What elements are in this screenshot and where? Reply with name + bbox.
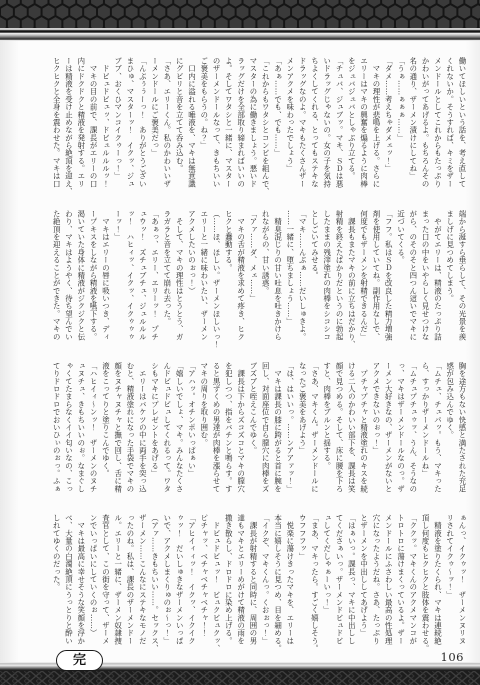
text-column: したままの残滓塗れの肉棒をシコシコ bbox=[320, 210, 332, 349]
text-column: ーメンドールにご褒美だっ」 bbox=[148, 57, 160, 196]
text-column: 「嬉しいでしょ、マキ。みんなたくさ bbox=[173, 362, 185, 501]
text-column: 胸を途方もない快感と満たされた充足 bbox=[456, 362, 468, 501]
text-column: わり、マキはようやく、待ち望んでい bbox=[62, 210, 74, 349]
text-column: かわいがってあげるよ。もちろんその bbox=[419, 57, 431, 196]
text-column: ンでいっぱいにしていくのぉ……） bbox=[87, 514, 99, 653]
text-column: 達もマキとエリーめがけて精液の雨を bbox=[234, 514, 246, 653]
text-column: っ、マキはザーメンドールなのっ。ザ bbox=[394, 362, 406, 501]
text-column: マキの周りを取り囲む。 bbox=[197, 362, 209, 501]
text-column: しれてゆくのだった。 bbox=[50, 514, 62, 653]
text-column: マキの目の前で、課長がエリーの口 bbox=[87, 57, 99, 196]
text-column: 「はぁいっ。課長っ、マキに中出しし bbox=[345, 514, 357, 653]
text-column: ……一緒に、堕ちましょう……」 bbox=[284, 210, 296, 349]
text-column: 頂し何度もヒクヒクと肢体を震わせる。 bbox=[419, 514, 431, 653]
text-column: ブズブと咥えこんでゆく。 bbox=[247, 362, 259, 501]
text-column: ける二人のかわいい部下を、課長は笑 bbox=[345, 362, 357, 501]
text-column: 液をこってりと塗りこんでゆく。 bbox=[99, 362, 111, 501]
text-column: 顔をヌチャヌチャと撫で回し、舌に精 bbox=[111, 362, 123, 501]
text-column: 「アハッ。オチンポいっぱぁい」 bbox=[185, 362, 197, 501]
text-column: くれないか。そうすれば、キミをザー bbox=[443, 57, 455, 196]
text-column: た絶頂を迎えることができた。マキの bbox=[50, 210, 62, 349]
text-column: ーメン大好きなの、ザーメンがないと bbox=[382, 362, 394, 501]
text-column: （……ほ、ほしい。ザーメンほしいっ！ bbox=[210, 210, 222, 349]
text-column: のザーメンドールなって、きもちいい bbox=[210, 57, 222, 196]
text-column: 「マキ……んぶぁ……だいしゅきよ。 bbox=[296, 210, 308, 349]
text-column: 渇いていた身体に精液がジクジクと伝 bbox=[75, 210, 87, 349]
text-column: ちよくしてくれる、とってもステキな bbox=[308, 57, 320, 196]
text-column: ドラッグなのよ。マキもたくさんザー bbox=[296, 57, 308, 196]
text-column: 「アヒイィィッ！ イクッ、イクイク bbox=[185, 514, 197, 653]
text-column: メンドールとしてこれからもたっぷり bbox=[431, 57, 443, 196]
text-column: をジュバジュバとしゃぶり立てる。 bbox=[345, 57, 357, 196]
text-column: 内にドクドクと精液を発射する。エリ bbox=[75, 57, 87, 196]
text-column: ヒクと蠢動する。 bbox=[222, 210, 234, 349]
text-column: 端から涎すら垂らして、その光景を羨 bbox=[456, 210, 468, 349]
text-column: いで、アクメしまくりゅのぉ〜っ！」 bbox=[161, 514, 173, 653]
text-column: よ。そしてワタシと一緒に、マスター bbox=[222, 57, 234, 196]
text-column: ープキスをしながら精液を嚥下する。 bbox=[87, 210, 99, 349]
text-column: 近づいてくる。 bbox=[394, 210, 406, 349]
text-column: ドビュドビュッ、ドビュルルルッ！ bbox=[99, 57, 111, 196]
text-column: ったのね。私は、課長のザーメンドー bbox=[124, 514, 136, 653]
text-column: てくださぁいっ。ザーメンドビュドビ bbox=[333, 514, 345, 653]
text-column: 感が包み込んでゆく。 bbox=[443, 362, 455, 501]
text-column: エリーはマキの興奮を煽るように肉棒 bbox=[357, 57, 369, 196]
lattice-pattern-band bbox=[0, 671, 480, 685]
end-mark-badge: 完 bbox=[56, 650, 103, 671]
text-column: アクメしたいのぉっ！） bbox=[185, 210, 197, 349]
text-column: 名の通り、ザーメン漬けにしてね」 bbox=[407, 57, 419, 196]
text-column: ブブ、おくひマンコイクゥーっ！」 bbox=[111, 57, 123, 196]
text-column: ぁんっ、イクゥッ！ ザーメンヌリヌ bbox=[456, 514, 468, 653]
text-column: 査官として、この街を守って、ザーメ bbox=[99, 514, 111, 653]
text-column: 「ククッ。マキくんのアクメマンコが bbox=[407, 514, 419, 653]
text-column: 「イクぞ、マキくんっ。くおぉっ！」 bbox=[259, 514, 271, 653]
text-column: んドビュドビュしてくれるって。ワタ bbox=[161, 362, 173, 501]
text-column: 「ダメ……考えちゃダメェッ！」 bbox=[382, 57, 394, 196]
text-column: なったご褒美をあげよう」 bbox=[296, 362, 308, 501]
text-column: ーッ！」 bbox=[111, 210, 123, 349]
text-column: ッ！ ハヒィッ、イクッ、イクゥゥゥ bbox=[124, 210, 136, 349]
text-column: 課長もまたマキの前に立ちはだかり、 bbox=[345, 210, 357, 349]
text-column: ゃくてたまらなくイイ匂いなの、こっ bbox=[62, 362, 74, 501]
text-column: 「さあ、エリーくん。私のかわいいザ bbox=[161, 57, 173, 196]
text-block-1: 働いてほしいという話を、考え直してくれないか。そうすれば、キミをザーメンドールと… bbox=[50, 57, 468, 196]
text-column: 「うぁ……ぁぁぁ……」 bbox=[394, 57, 406, 196]
text-column: 「これからもワタシとコンビを組んで、 bbox=[259, 57, 271, 196]
text-column: にグビリと音を立てて呑み込む。 bbox=[173, 57, 185, 196]
text-column: マスターの為に働きましょう。悪いド bbox=[247, 57, 259, 196]
text-column: 撒き散らし、ドロドロに染め上げる。 bbox=[222, 514, 234, 653]
end-mark-label: 完 bbox=[73, 654, 86, 667]
text-column: 「んぶぅぅーっ！ ありがとうござい bbox=[136, 57, 148, 196]
text-column: トロトロに蕩けまくっているよ。ザー bbox=[394, 514, 406, 653]
text-column: 課長が射精すると同時に、周囲の男 bbox=[247, 514, 259, 653]
text-column: ご褒美をもらうの。ね？」 bbox=[197, 57, 209, 196]
text-column: 口内に溢れる唾液を、マキは無意識 bbox=[185, 57, 197, 196]
text-column: 顔で見つめる。そして、床に腰を下ろ bbox=[333, 362, 345, 501]
text-column: すと、肉棒をブルンと揺する。 bbox=[320, 362, 332, 501]
text-column: 何度でもザーメンを射精できるんだ」 bbox=[357, 210, 369, 349]
text-column: メンアクメを味わったでしょう」 bbox=[284, 57, 296, 196]
text-column: ドビュドビュッ！ ビュクビュクッ、 bbox=[210, 514, 222, 653]
text-column: 精臭混じりの甘い吐息を吐きかけら bbox=[271, 210, 283, 349]
text-column: 働いてほしいという話を、考え直して bbox=[456, 57, 468, 196]
novel-page-scan: 働いてほしいという話を、考え直してくれないか。そうすれば、キミをザーメンドールと… bbox=[0, 0, 480, 685]
text-column: 悦楽に蕩けきったマキを、エリーは bbox=[284, 514, 296, 653]
text-column: ーは精液を受け止めながら絶頂を迎え、 bbox=[62, 57, 74, 196]
text-column: 射精を終えたばかりだというのに勃起 bbox=[333, 210, 345, 349]
text-column: ましげに見つめてしまう。 bbox=[443, 210, 455, 349]
text-column: いドラッグじゃないの。女の子を気持 bbox=[320, 57, 332, 196]
text-column: 「あぁっ、エリー、エリーッ！ プチ bbox=[148, 210, 160, 349]
text-column: 精液を塗りたくられ、マキは連続絶 bbox=[431, 514, 443, 653]
text-column: れながらの、甘い誘惑。 bbox=[259, 210, 271, 349]
text-column: 「ムチュプチュゥッ、うん、そうなの bbox=[407, 362, 419, 501]
text-column: てりドロドロでおいひぃのぉっ。ふぁ bbox=[50, 362, 62, 501]
text-column: 本当に嬉しそうに見つめ、目を細める。 bbox=[271, 514, 283, 653]
text-column: 「ムチュ、チュパッ。もう、マキった bbox=[431, 362, 443, 501]
text-column: ラッグだけを全部取り締まればいいの bbox=[234, 57, 246, 196]
text-block-2: 端から涎すら垂らして、その光景を羨ましげに見つめてしまう。 やがてエリーは、精液… bbox=[50, 210, 468, 349]
metal-divider-top bbox=[0, 28, 480, 41]
text-column: べ、大量の白濁絶頂にうっとりと酔い bbox=[62, 514, 74, 653]
text-column: とザーメンを中出ししてあげよう」 bbox=[357, 514, 369, 653]
text-column: メンドールにふさわしい最高の性処理 bbox=[382, 514, 394, 653]
text-column: むと、精液塗れになった手袋でマキの bbox=[124, 362, 136, 501]
text-column: やがてエリーは、精液のたっぷり詰 bbox=[431, 210, 443, 349]
text-column: ザーメン……こんなにステキなモノだ bbox=[136, 514, 148, 653]
text-column: まった口の中をいやらしく見せつけな bbox=[419, 210, 431, 349]
text-column: 回し、対面座位で自ら膣穴に肉棒をズ bbox=[259, 362, 271, 501]
text-column: ゥッ！ だいしゅきなザーメンいっぱ bbox=[173, 514, 185, 653]
text-column: ル。エリーと一緒に、ザーメン奴隷捜 bbox=[111, 514, 123, 653]
text-column: リされてイクゥ〜ッ！」 bbox=[443, 514, 455, 653]
text-column: シもマキにプレゼントをあげる」 bbox=[148, 362, 160, 501]
text-column: 穴になったようだね。さあ、たっぷり bbox=[370, 514, 382, 653]
text-column: マキは課長の膝に跨がると首に腕を bbox=[271, 362, 283, 501]
text-column: 「は、はいいっ。……ンアアァッ！」 bbox=[284, 362, 296, 501]
hexagon-pattern-band bbox=[0, 0, 480, 28]
text-column: がら、のそのそと四つん這いでマキに bbox=[407, 210, 419, 349]
text-column: ヒクヒクと全身を震わせた。マキは口 bbox=[50, 57, 62, 196]
text-block-3: 胸を途方もない快感と満たされた充足感が包み込んでゆく。「ムチュ、チュパッ。もう、… bbox=[50, 362, 468, 501]
text-column: マキはエリーの唇に吸いつき、ディ bbox=[99, 210, 111, 349]
text-block-4: ぁんっ、イクゥッ！ ザーメンヌリヌリされてイクゥ〜ッ！」 精液を塗りたくられ、マ… bbox=[50, 514, 468, 653]
text-column: エリーと一緒に味わいたい、ザーメン bbox=[197, 210, 209, 349]
text-column: ウフフフッ」 bbox=[296, 514, 308, 653]
text-column: 「アァ……ダ、メェ……」 bbox=[247, 210, 259, 349]
text-column: ると黒ずくめの男達が肉棒を漲らせて bbox=[210, 362, 222, 501]
text-column: プチャプチャと精液塗れのキスを続 bbox=[357, 362, 369, 501]
text-column: 「ハヒイィ〜ンッ！ ザーメンのヌチ bbox=[87, 362, 99, 501]
text-column: 「フフ。私はＳＤを改良した精力増強 bbox=[382, 210, 394, 349]
text-column: マキの舌が精液を求めて疼き、ヒク bbox=[234, 210, 246, 349]
text-column: 「まあ、マキったら。すごく嬉しそう。 bbox=[308, 514, 320, 653]
text-column: （アァ……きもちいい……。セックス、 bbox=[148, 514, 160, 653]
text-column: 「チュバ、ジュブッ。マキ、ＳＤは悪 bbox=[333, 57, 345, 196]
text-column: ュウッ！ ズチュブチュ、ジュルルル bbox=[136, 210, 148, 349]
text-column: 剤を使用していてね。副作用なしで、 bbox=[370, 210, 382, 349]
text-column: アクメできないのぉっ！」 bbox=[370, 362, 382, 501]
text-column: としごいてみせる。 bbox=[308, 210, 320, 349]
text-column: 「さあ、マキくん。ザーメンドールに bbox=[308, 362, 320, 501]
text-column: エリーはバケツの中に両手を突っ込 bbox=[136, 362, 148, 501]
text-column: 課長は下からズコズコとマキの膣穴 bbox=[234, 362, 246, 501]
text-column: ピチャッ、ベチャベチャベチャ！！ bbox=[197, 514, 209, 653]
text-column: ュヌチュ、きもちいいのぉ。なまぐし bbox=[75, 362, 87, 501]
text-column: を犯しつつ、指をバチンと鳴らす。す bbox=[222, 362, 234, 501]
text-column: ラガラと音を立てて崩れ去った。 bbox=[161, 210, 173, 349]
text-column: マキは最高に幸せそうな笑顔を浮か bbox=[75, 514, 87, 653]
text-column: ら、すっかりザーメンドールね」 bbox=[419, 362, 431, 501]
text-column: ュしてくだしゃぁーいっ！」 bbox=[320, 514, 332, 653]
text-column: マキの理性が悲鳴を上げる。さらに bbox=[370, 57, 382, 196]
text-column: まひゅ、マスターッ！ イクッ、ジュ bbox=[124, 57, 136, 196]
text-column: 「あぁ……でも、でも……」 bbox=[271, 57, 283, 196]
text-column: そして、マキの理性はとうとう、ガ bbox=[173, 210, 185, 349]
